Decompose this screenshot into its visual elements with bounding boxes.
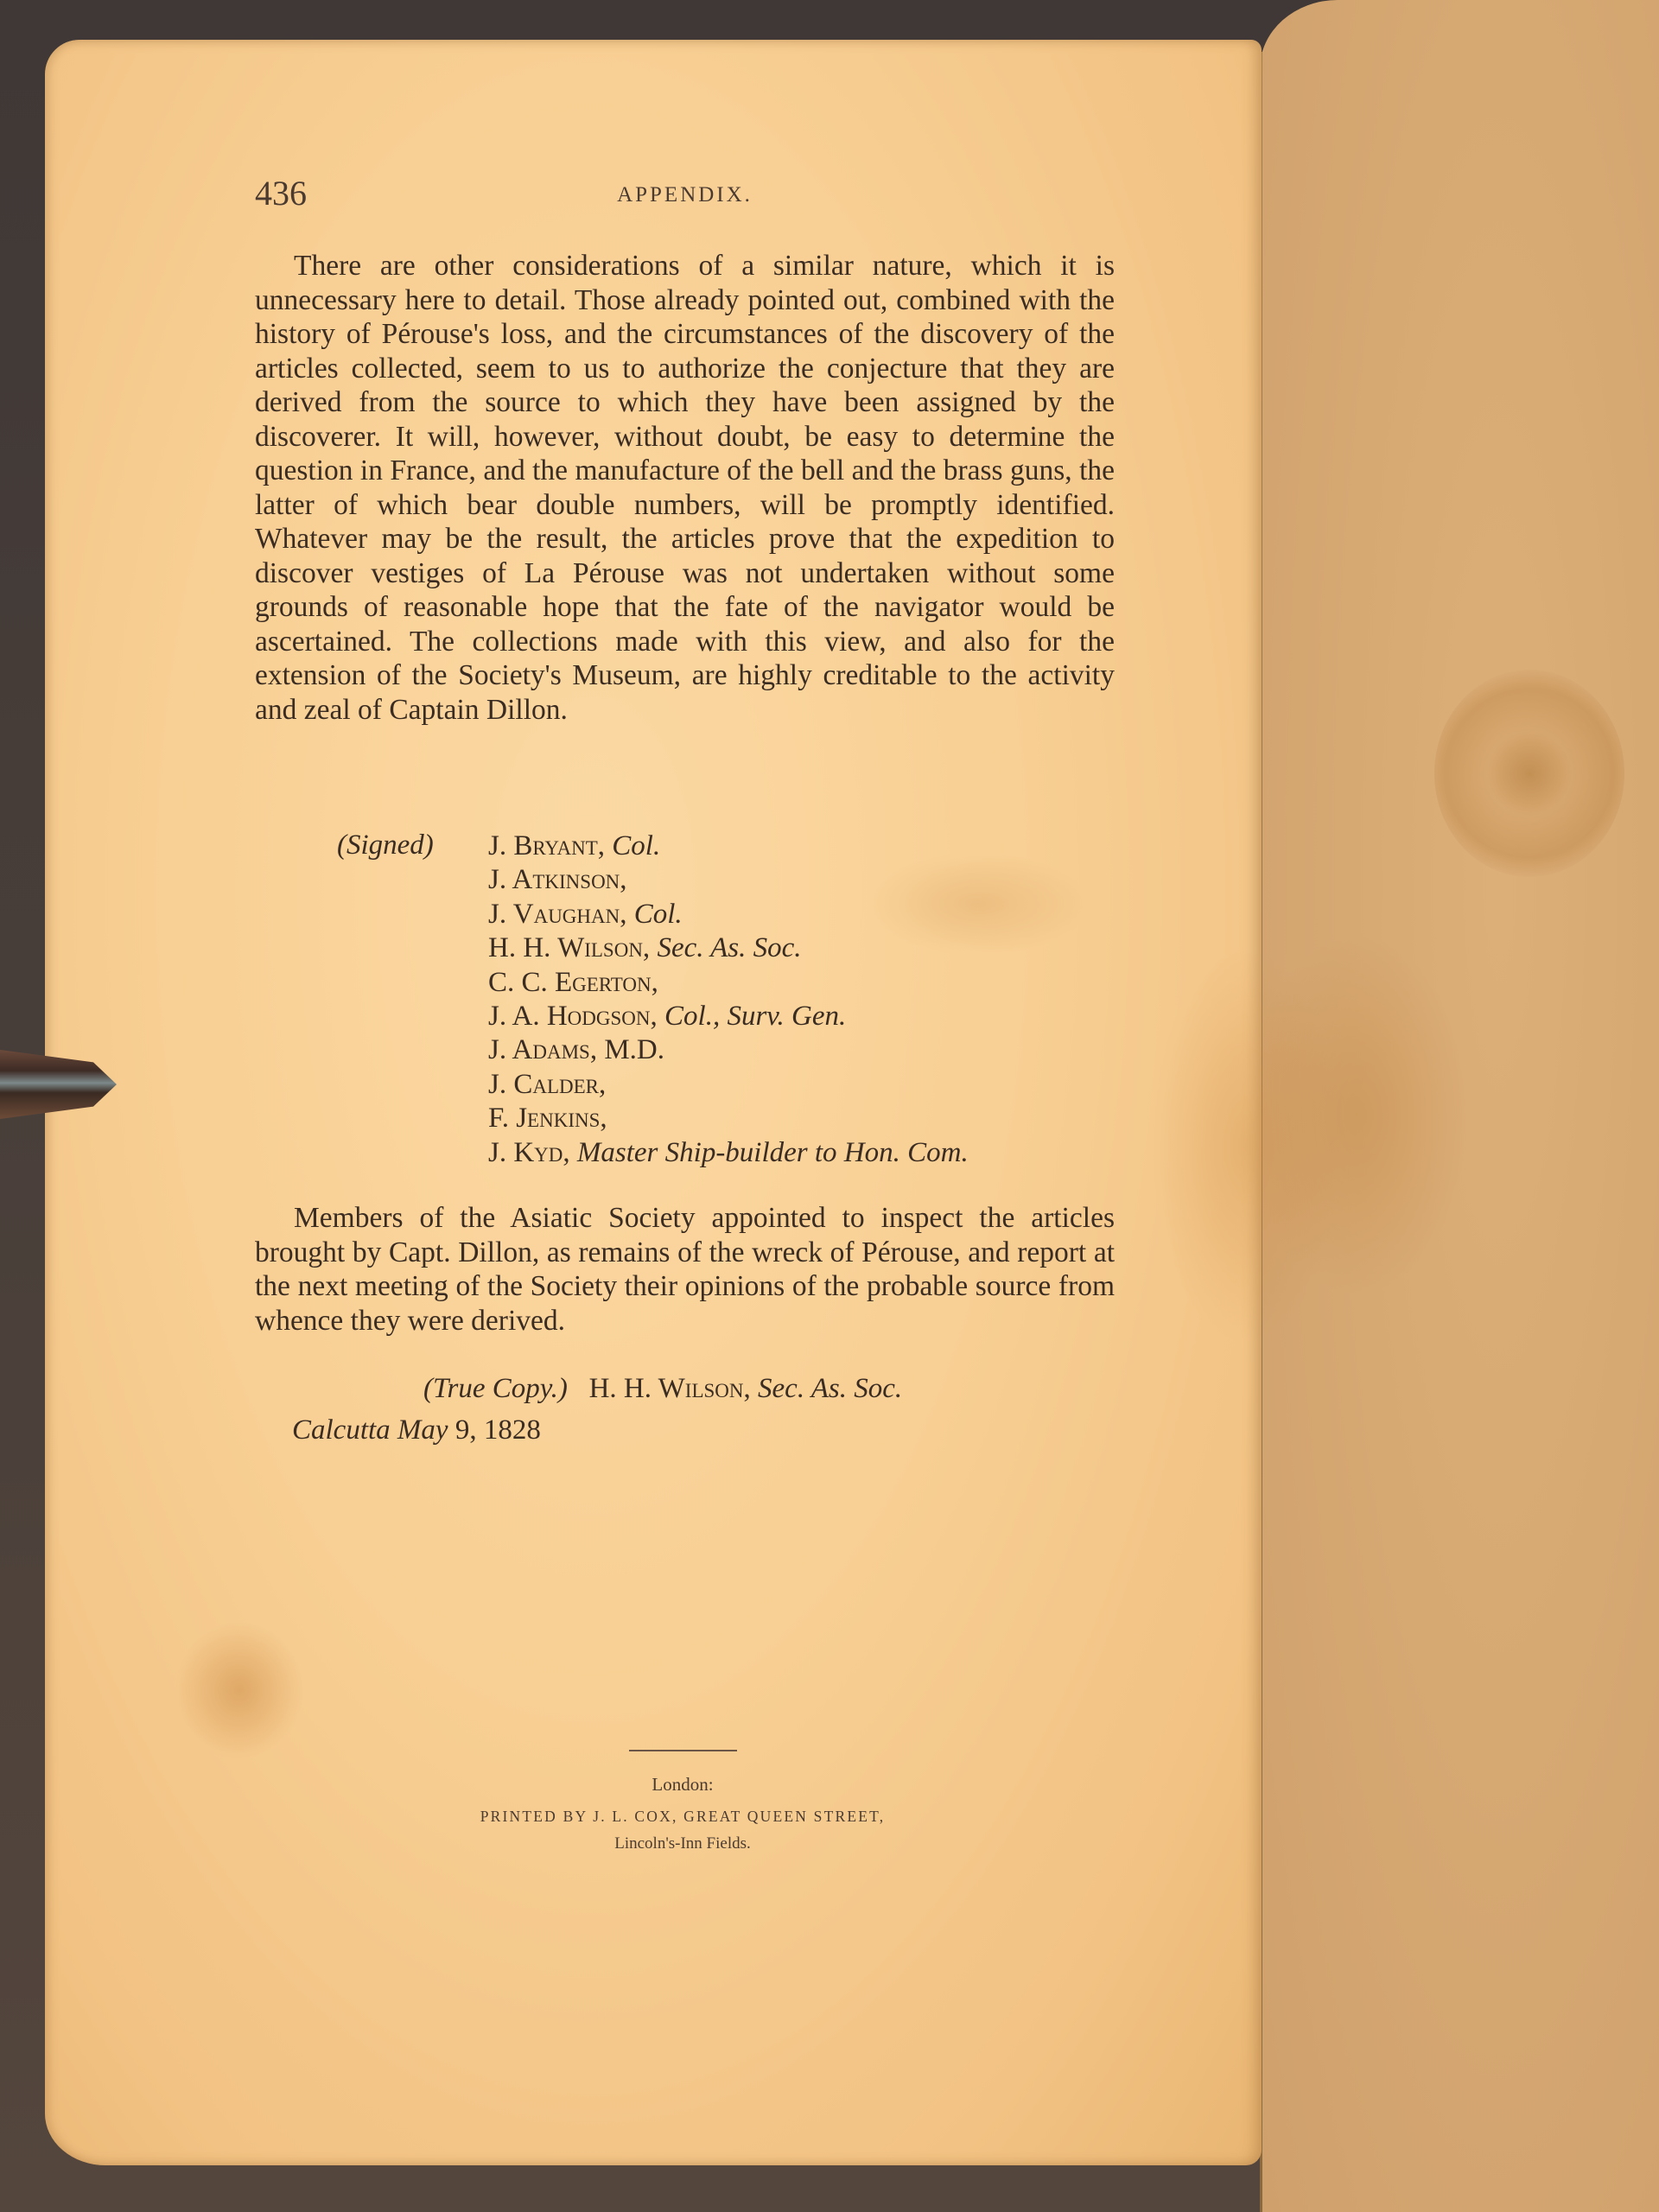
- dateline: Calcutta May 9, 1828: [292, 1414, 541, 1446]
- colophon: London: PRINTED BY J. L. COX, GREAT QUEE…: [380, 1750, 985, 1853]
- colophon-printer: PRINTED BY J. L. COX, GREAT QUEEN STREET…: [380, 1808, 985, 1826]
- signatory-list: J. Bryant, Col. J. Atkinson, J. Vaughan,…: [488, 829, 969, 1170]
- signatory: H. H. Wilson, Sec. As. Soc.: [488, 931, 969, 965]
- colophon-rule: [629, 1750, 737, 1751]
- true-copy-name: H. H. Wilson,: [589, 1373, 751, 1404]
- signatory: J. Adams, M.D.: [488, 1033, 969, 1067]
- date-place: Calcutta May: [292, 1414, 448, 1446]
- running-head: 436 APPENDIX.: [255, 173, 1115, 225]
- signatory: J. Bryant, Col.: [488, 829, 969, 863]
- foxing-stain: [1244, 933, 1469, 1296]
- colophon-place: Lincoln's-Inn Fields.: [380, 1834, 985, 1853]
- signatory: C. C. Egerton,: [488, 966, 969, 1000]
- signatory: J. A. Hodgson, Col., Surv. Gen.: [488, 1000, 969, 1033]
- signatory: J. Vaughan, Col.: [488, 898, 969, 931]
- body-paragraph: There are other considerations of a simi…: [255, 249, 1115, 727]
- date-value: 9, 1828: [455, 1414, 541, 1446]
- true-copy-label: (True Copy.): [423, 1373, 568, 1404]
- foxing-stain: [175, 1621, 304, 1759]
- true-copy-attestation: (True Copy.) H. H. Wilson, Sec. As. Soc.: [423, 1373, 902, 1405]
- signatory: J. Atkinson,: [488, 863, 969, 897]
- signed-label: (Signed): [337, 829, 434, 861]
- foxing-stain: [1434, 670, 1624, 877]
- signatory: J. Calder,: [488, 1068, 969, 1102]
- running-title: APPENDIX.: [255, 183, 1115, 207]
- signatory: J. Kyd, Master Ship-builder to Hon. Com.: [488, 1136, 969, 1170]
- signatory: F. Jenkins,: [488, 1102, 969, 1135]
- true-copy-title: Sec. As. Soc.: [758, 1373, 902, 1404]
- colophon-city: London:: [380, 1774, 985, 1796]
- body-paragraph: Members of the Asiatic Society appointed…: [255, 1201, 1115, 1338]
